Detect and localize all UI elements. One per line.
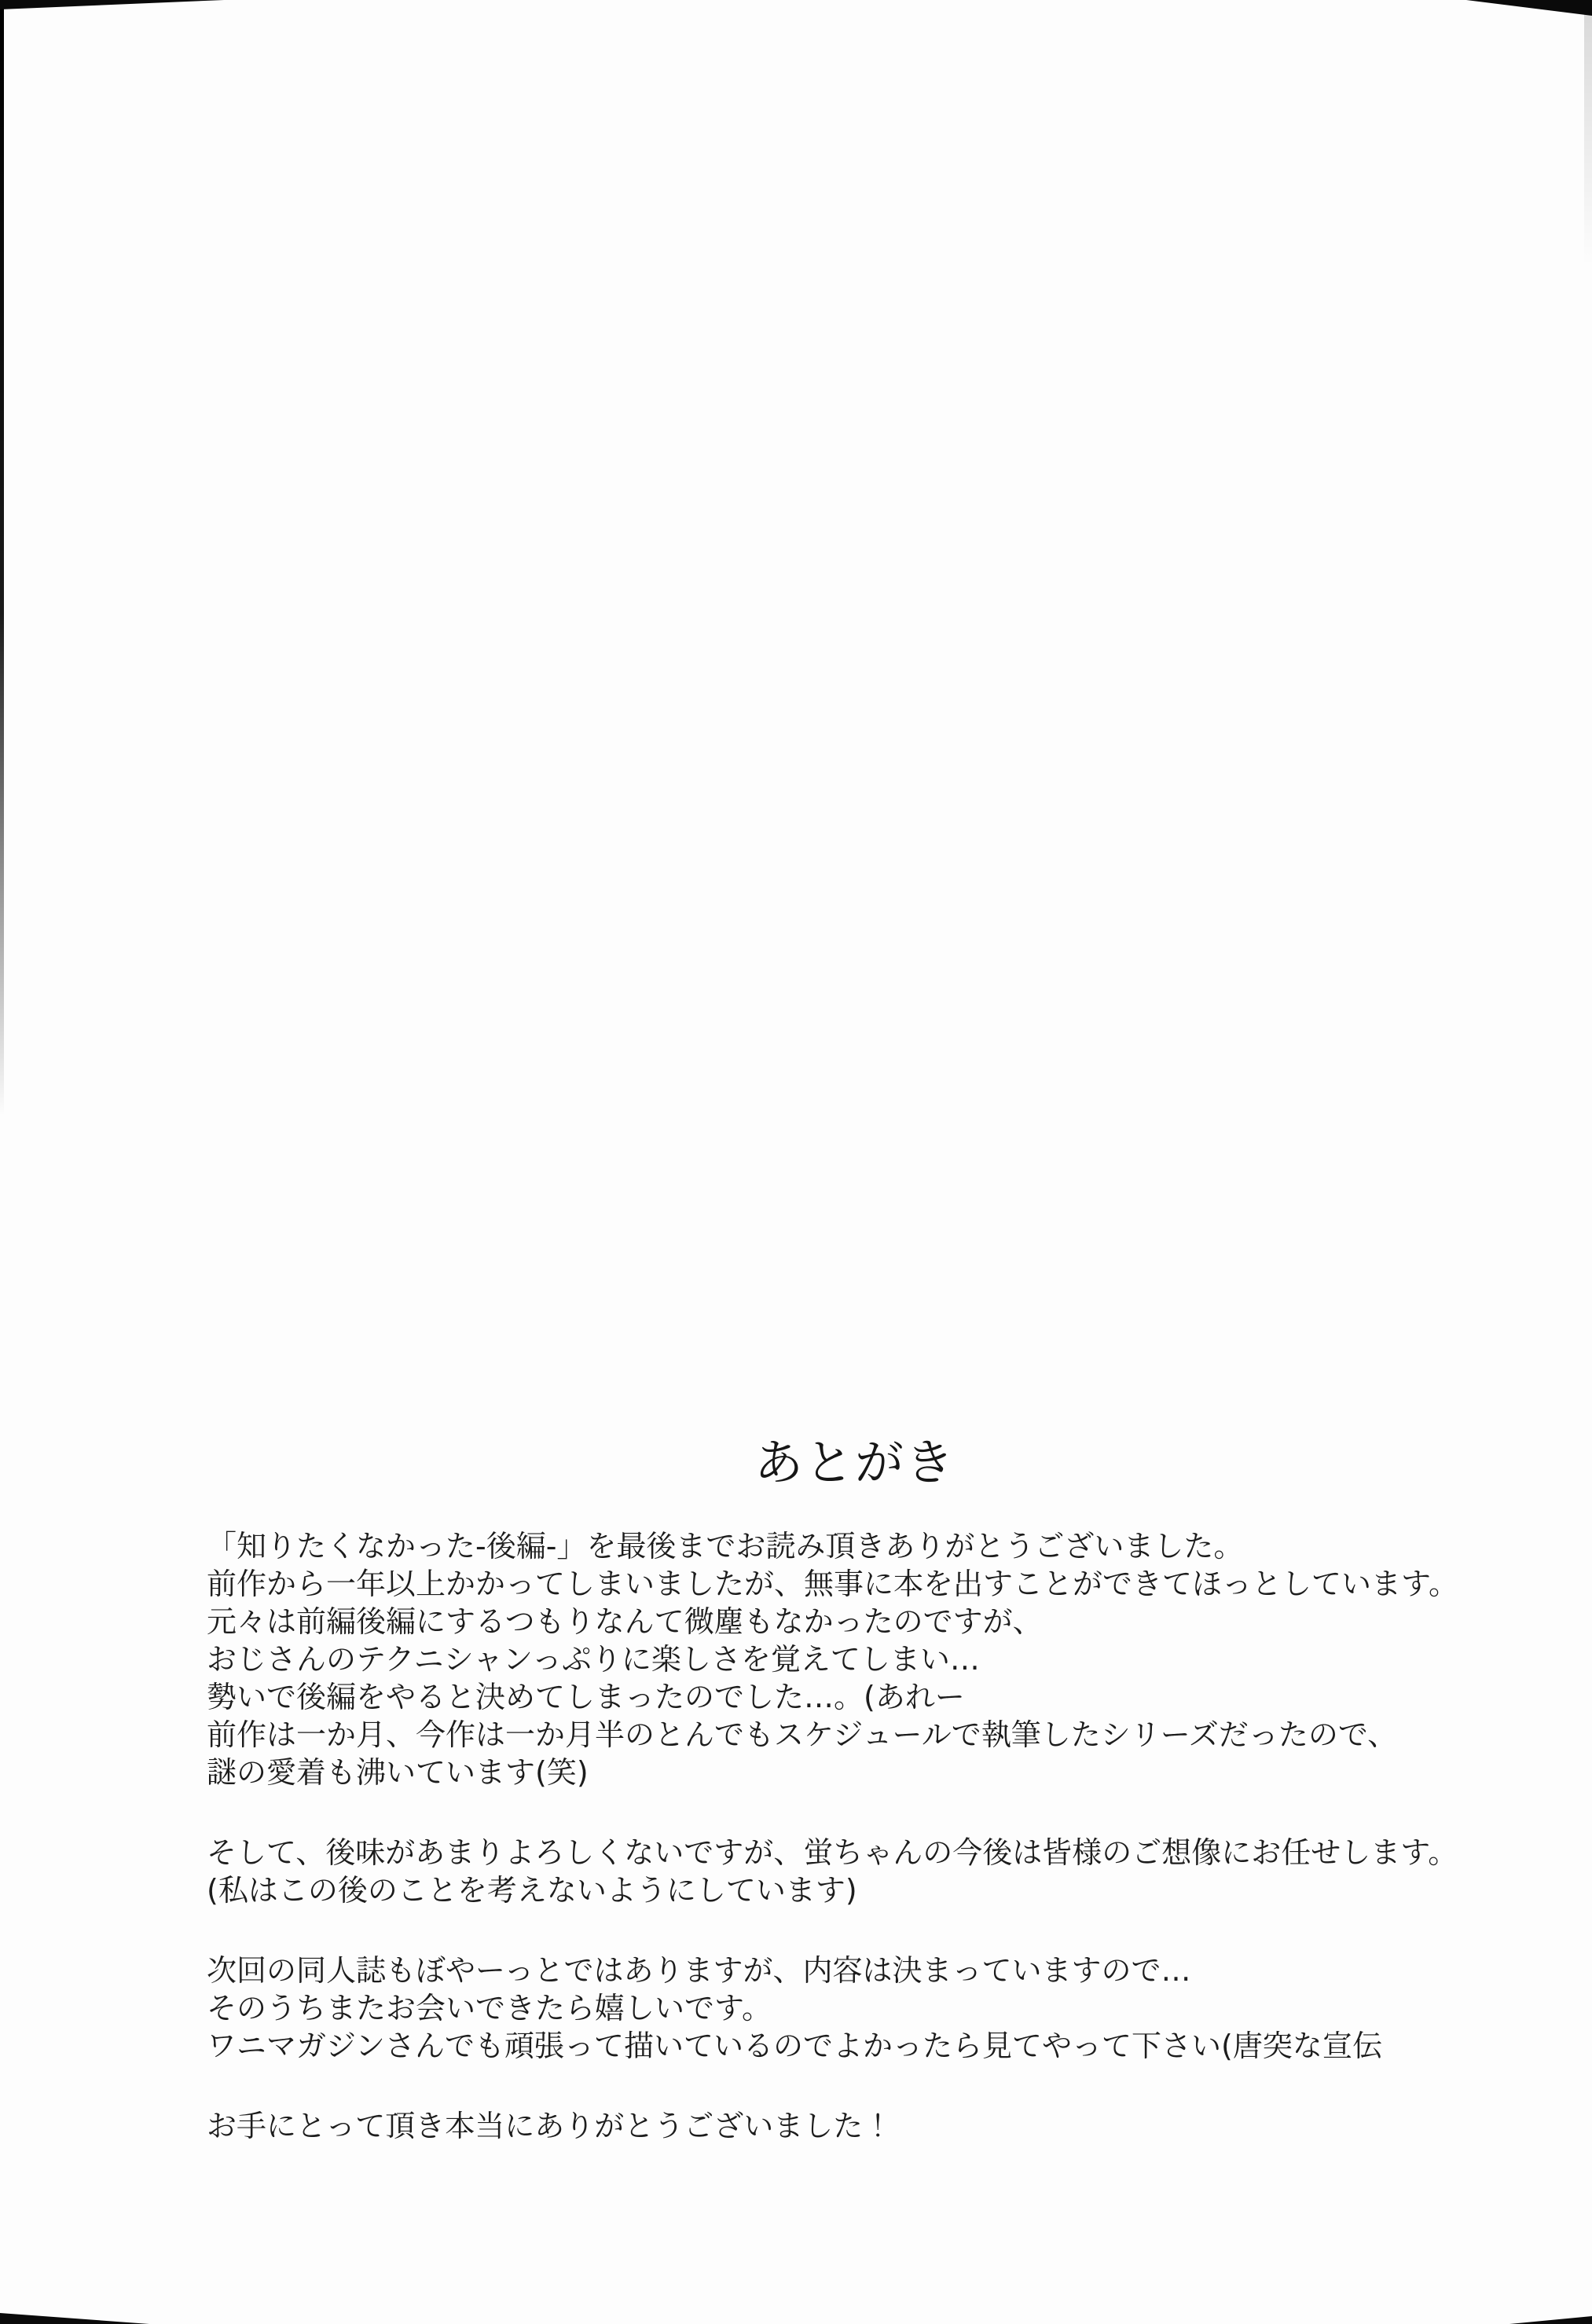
text-line: 勢いで後編をやると決めてしまったのでした…。(あれー (207, 1678, 1574, 1716)
scanned-page: あとがき 「知りたくなかった-後編-」を最後までお読み頂きありがとうございました… (0, 0, 1592, 2324)
scan-border-top-right (1466, 0, 1592, 16)
scan-border-bottom-right (1509, 2316, 1592, 2324)
text-line: (私はこの後のことを考えないようにしています) (207, 1871, 1574, 1909)
afterword-title: あとがき (754, 1424, 956, 1494)
text-line: ワニマガジンさんでも頑張って描いているのでよかったら見てやって下さい(唐突な宣伝 (207, 2027, 1574, 2065)
paragraph-3: 次回の同人誌もぼやーっとではありますが、内容は決まっていますので… そのうちまた… (207, 1952, 1574, 2065)
text-line: そして、後味があまりよろしくないですが、蛍ちゃんの今後は皆様のご想像にお任せしま… (207, 1834, 1574, 1871)
paragraph-4: お手にとって頂き本当にありがとうございました！ (207, 2107, 1574, 2145)
scan-shadow-right (1584, 14, 1592, 266)
scan-border-top-left (0, 0, 224, 9)
text-line: 次回の同人誌もぼやーっとではありますが、内容は決まっていますので… (207, 1952, 1574, 1989)
scan-border-left (0, 0, 4, 1116)
text-line: 元々は前編後編にするつもりなんて微塵もなかったのですが、 (207, 1603, 1574, 1640)
text-line: 前作は一か月、今作は一か月半のとんでもスケジュールで執筆したシリーズだったので、 (207, 1716, 1574, 1754)
text-line: お手にとって頂き本当にありがとうございました！ (207, 2107, 1574, 2145)
afterword-body: 「知りたくなかった-後編-」を最後までお読み頂きありがとうございました。 前作か… (207, 1527, 1574, 2187)
text-line: 前作から一年以上かかってしまいましたが、無事に本を出すことができてほっとしていま… (207, 1565, 1574, 1603)
text-line: 謎の愛着も沸いています(笑) (207, 1754, 1574, 1791)
text-line: おじさんのテクニシャンっぷりに楽しさを覚えてしまい… (207, 1640, 1574, 1678)
paragraph-2: そして、後味があまりよろしくないですが、蛍ちゃんの今後は皆様のご想像にお任せしま… (207, 1834, 1574, 1909)
text-line: 「知りたくなかった-後編-」を最後までお読み頂きありがとうございました。 (207, 1527, 1574, 1565)
scan-border-bottom-left (0, 2313, 149, 2324)
text-line: そのうちまたお会いできたら嬉しいです。 (207, 1989, 1574, 2027)
paragraph-1: 「知りたくなかった-後編-」を最後までお読み頂きありがとうございました。 前作か… (207, 1527, 1574, 1791)
